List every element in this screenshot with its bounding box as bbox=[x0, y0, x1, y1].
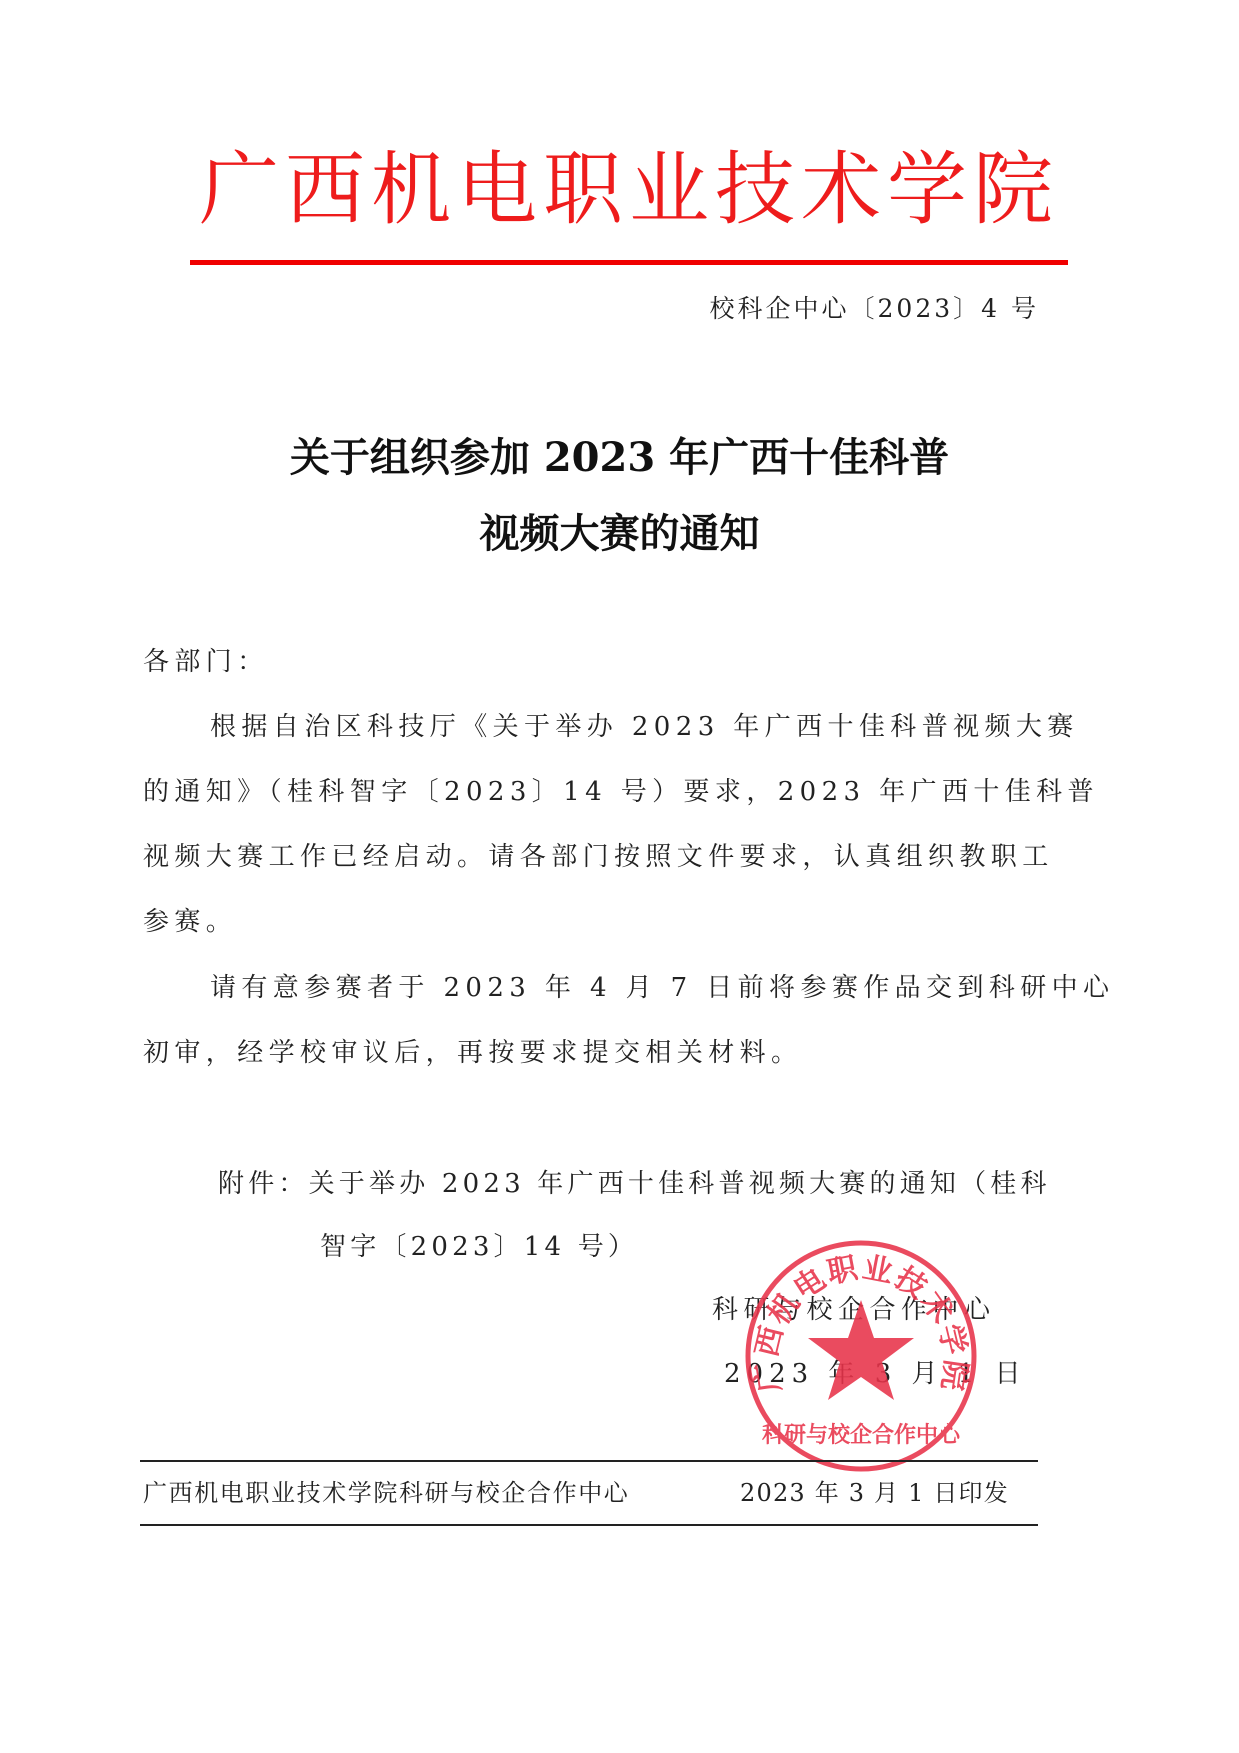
attachment-line-2: 智字〔2023〕14 号） bbox=[320, 1229, 638, 1265]
footer-issuer: 广西机电职业技术学院科研与校企合作中心 bbox=[143, 1476, 629, 1510]
letterhead-org-name: 广西机电职业技术学院 bbox=[190, 140, 1068, 240]
letterhead-red-rule bbox=[190, 260, 1068, 265]
star-icon bbox=[808, 1300, 914, 1400]
paragraph-2-line-1: 请有意参赛者于 2023 年 4 月 7 日前将参赛作品交到科研中心 bbox=[210, 970, 1114, 1006]
paragraph-1-line-4: 参赛。 bbox=[143, 904, 237, 940]
paragraph-1-line-3: 视频大赛工作已经启动。请各部门按照文件要求，认真组织教职工 bbox=[143, 839, 1054, 875]
salutation: 各部门： bbox=[143, 644, 269, 680]
paragraph-1-line-1: 根据自治区科技厅《关于举办 2023 年广西十佳科普视频大赛 bbox=[210, 709, 1079, 745]
footer-print-date: 2023 年 3 月 1 日印发 bbox=[740, 1476, 1009, 1510]
paragraph-2-line-2: 初审，经学校审议后，再按要求提交相关材料。 bbox=[143, 1035, 802, 1071]
document-number: 校科企中心〔2023〕4 号 bbox=[710, 292, 1039, 326]
seal-bottom-text: 科研与校企合作中心 bbox=[762, 1422, 961, 1448]
attachment-line-1: 附件：关于举办 2023 年广西十佳科普视频大赛的通知（桂科 bbox=[218, 1166, 1051, 1202]
document-title-line-2: 视频大赛的通知 bbox=[0, 508, 1239, 560]
paragraph-1-line-2: 的通知》（桂科智字〔2023〕14 号）要求，2023 年广西十佳科普 bbox=[143, 774, 1099, 810]
footer-top-rule bbox=[140, 1460, 1038, 1462]
footer-bottom-rule bbox=[140, 1524, 1038, 1526]
document-title-line-1: 关于组织参加 2023 年广西十佳科普 bbox=[0, 432, 1239, 484]
official-seal: 广西机电职业技术学院 科研与校企合作中心 bbox=[743, 1238, 979, 1474]
